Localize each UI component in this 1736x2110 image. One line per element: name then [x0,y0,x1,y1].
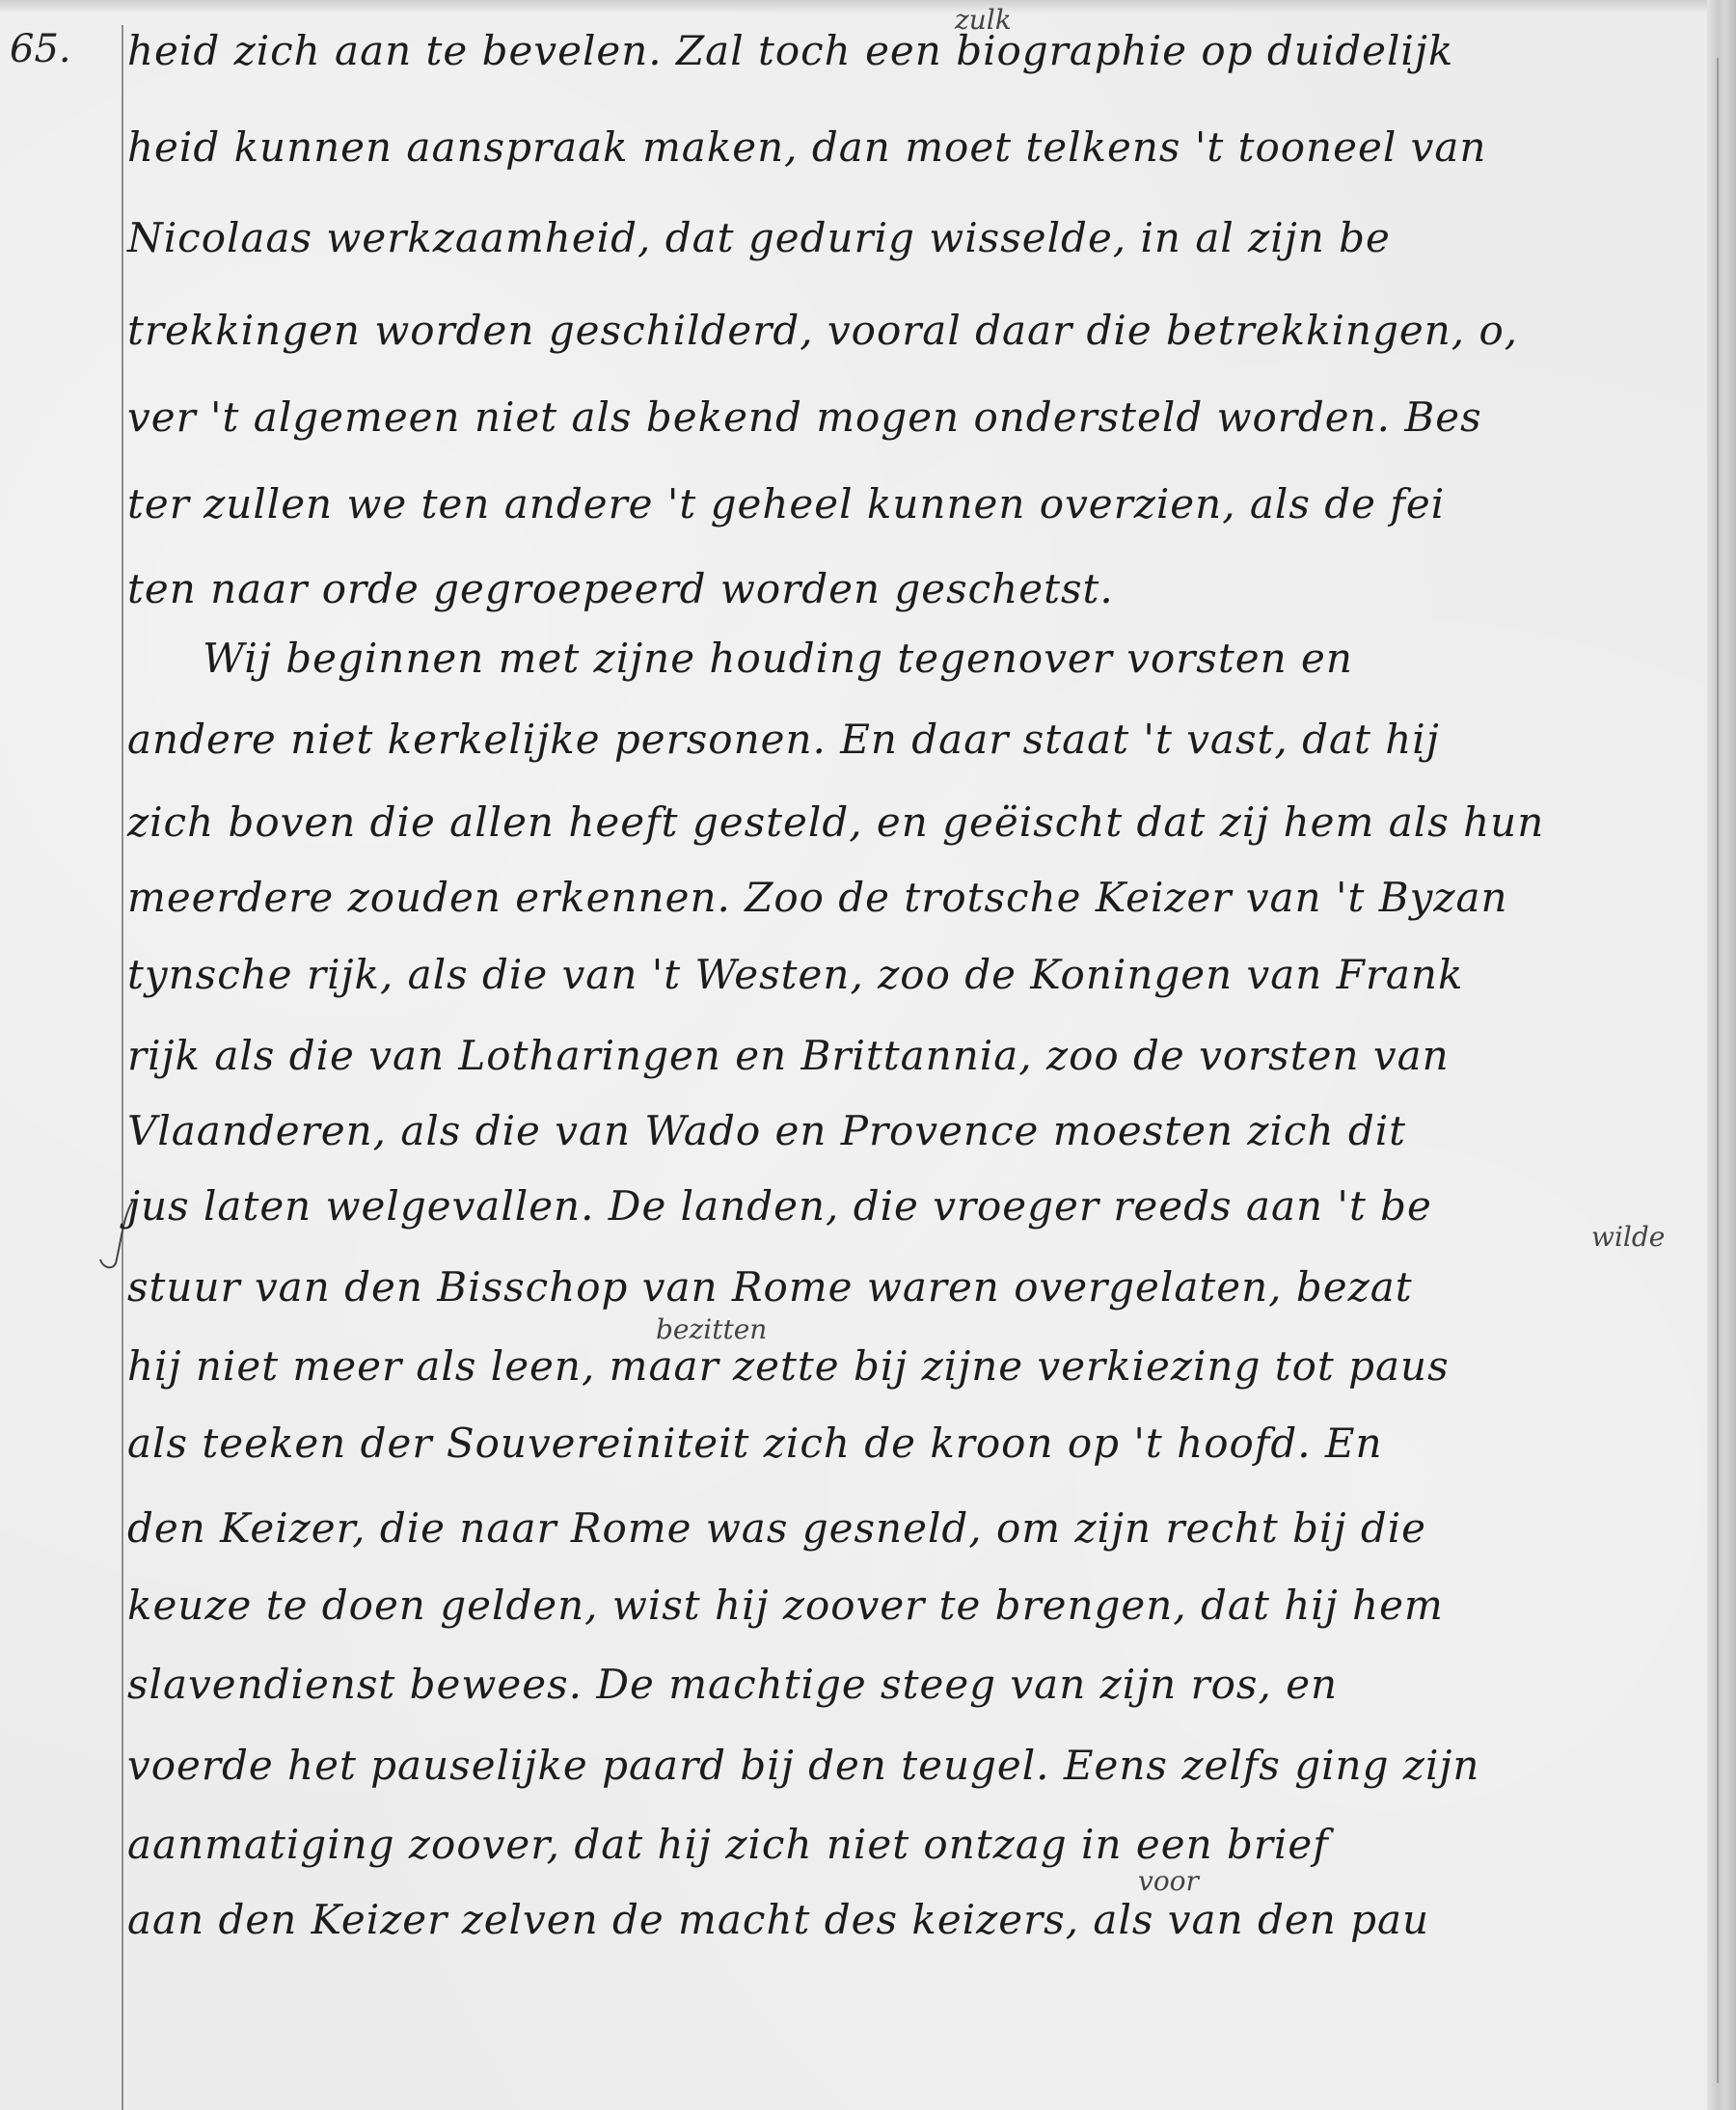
manuscript-line: zich boven die allen heeft gesteld, en g… [127,798,1709,846]
manuscript-page: 65. zulk wilde bezitten voor heid zich a… [0,0,1736,2110]
manuscript-line: trekkingen worden geschilderd, vooral da… [127,307,1709,354]
interlinear-correction: voor [1138,1865,1199,1897]
manuscript-line: ten naar orde gegroepeerd worden geschet… [127,565,1709,612]
manuscript-line: aanmatiging zoover, dat hij zich niet on… [127,1821,1709,1868]
page-binding-edge [1707,0,1736,2110]
manuscript-line: hij niet meer als leen, maar zette bij z… [127,1342,1709,1390]
manuscript-line: keuze te doen gelden, wist hij zoover te… [127,1582,1709,1629]
manuscript-line: den Keizer, die naar Rome was gesneld, o… [127,1504,1709,1552]
manuscript-line: ver 't algemeen niet als bekend mogen on… [127,393,1709,441]
manuscript-line: aan den Keizer zelven de macht des keize… [127,1896,1709,1943]
manuscript-line: stuur van den Bisschop van Rome waren ov… [127,1263,1709,1311]
manuscript-line: als teeken der Souvereiniteit zich de kr… [127,1420,1709,1467]
manuscript-line: heid zich aan te bevelen. Zal toch een b… [127,27,1709,74]
manuscript-line: Vlaanderen, als die van Wado en Provence… [127,1107,1709,1154]
manuscript-line: ter zullen we ten andere 't geheel kunne… [127,480,1709,527]
manuscript-line: Nicolaas werkzaamheid, dat gedurig wisse… [127,214,1709,261]
manuscript-line: slavendienst bewees. De machtige steeg v… [127,1661,1709,1708]
manuscript-line-paragraph-start: Wij beginnen met zijne houding tegenover… [203,635,1736,682]
page-edge-line [1717,58,1719,2083]
interlinear-correction: bezitten [656,1313,767,1345]
manuscript-line: tynsche rijk, als die van 't Westen, zoo… [127,951,1709,998]
manuscript-line: jus laten welgevallen. De landen, die vr… [127,1182,1709,1230]
page-number: 65. [10,27,71,71]
manuscript-line: voerde het pauselijke paard bij den teug… [127,1742,1709,1789]
left-margin-rule [122,25,123,2110]
manuscript-line: heid kunnen aanspraak maken, dan moet te… [127,123,1709,171]
manuscript-line: rijk als die van Lotharingen en Brittann… [127,1032,1709,1079]
page-top-shadow [0,0,1736,14]
manuscript-line: andere niet kerkelijke personen. En daar… [127,716,1709,763]
manuscript-line: meerdere zouden erkennen. Zoo de trotsch… [127,874,1709,921]
